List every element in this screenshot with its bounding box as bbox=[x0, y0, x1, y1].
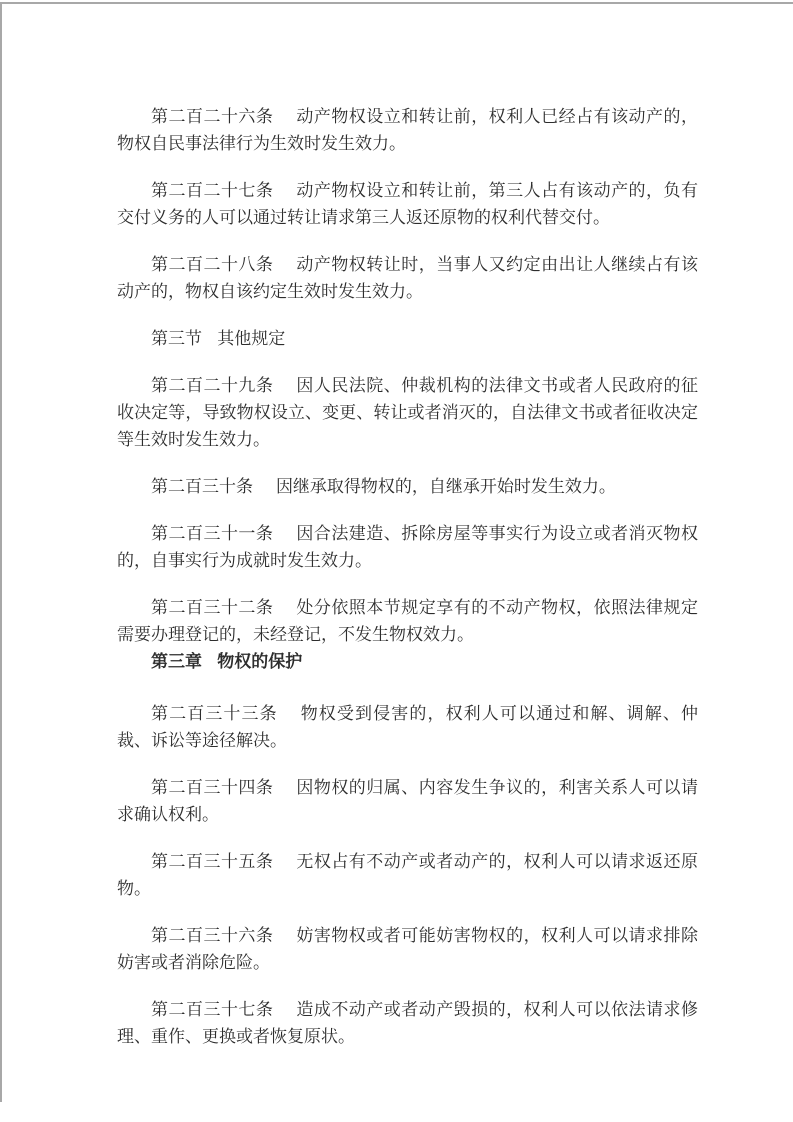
article-number: 第二百三十四条 bbox=[151, 778, 273, 797]
article-paragraph-229: 第二百二十九条因人民法院、仲裁机构的法律文书或者人民政府的征收决定等，导致物权设… bbox=[117, 372, 698, 453]
section-number: 第三节 bbox=[151, 329, 202, 348]
article-number: 第二百二十七条 bbox=[151, 181, 273, 200]
article-paragraph-234: 第二百三十四条因物权的归属、内容发生争议的，利害关系人可以请求确认权利。 bbox=[117, 774, 698, 828]
article-paragraph-228: 第二百二十八条动产物权转让时，当事人又约定由出让人继续占有该动产的，物权自该约定… bbox=[117, 251, 698, 305]
article-text: 因继承取得物权的，自继承开始时发生效力。 bbox=[276, 477, 616, 496]
page-top-edge bbox=[0, 2, 793, 4]
article-paragraph-236: 第二百三十六条妨害物权或者可能妨害物权的，权利人可以请求排除妨害或者消除危险。 bbox=[117, 922, 698, 976]
article-number: 第二百二十九条 bbox=[151, 376, 273, 395]
article-paragraph-233: 第二百三十三条物权受到侵害的，权利人可以通过和解、调解、仲裁、诉讼等途径解决。 bbox=[117, 700, 698, 754]
article-number: 第二百三十条 bbox=[151, 477, 253, 496]
section-heading: 第三节其他规定 bbox=[117, 325, 698, 352]
article-number: 第二百三十一条 bbox=[151, 524, 273, 543]
chapter-title: 物权的保护 bbox=[217, 652, 302, 671]
article-paragraph-230: 第二百三十条因继承取得物权的，自继承开始时发生效力。 bbox=[117, 473, 698, 500]
article-number: 第二百三十三条 bbox=[151, 704, 278, 723]
article-paragraph-235: 第二百三十五条无权占有不动产或者动产的，权利人可以请求返还原物。 bbox=[117, 848, 698, 902]
article-number: 第二百二十八条 bbox=[151, 255, 273, 274]
article-paragraph-227: 第二百二十七条动产物权设立和转让前，第三人占有该动产的，负有交付义务的人可以通过… bbox=[117, 177, 698, 231]
article-number: 第二百三十二条 bbox=[151, 598, 273, 617]
article-paragraph-226: 第二百二十六条动产物权设立和转让前，权利人已经占有该动产的，物权自民事法律行为生… bbox=[117, 103, 698, 157]
chapter-heading: 第三章物权的保护 bbox=[117, 648, 698, 675]
page-left-edge bbox=[0, 2, 2, 1102]
article-number: 第二百三十七条 bbox=[151, 1000, 273, 1019]
article-number: 第二百三十六条 bbox=[151, 926, 273, 945]
article-number: 第二百三十五条 bbox=[151, 852, 273, 871]
section-title: 其他规定 bbox=[217, 329, 285, 348]
article-paragraph-231: 第二百三十一条因合法建造、拆除房屋等事实行为设立或者消灭物权的，自事实行为成就时… bbox=[117, 520, 698, 574]
document-body: 第二百二十六条动产物权设立和转让前，权利人已经占有该动产的，物权自民事法律行为生… bbox=[117, 103, 698, 1070]
article-number: 第二百二十六条 bbox=[151, 107, 273, 126]
article-paragraph-232: 第二百三十二条处分依照本节规定享有的不动产物权，依照法律规定需要办理登记的，未经… bbox=[117, 594, 698, 648]
chapter-number: 第三章 bbox=[151, 652, 202, 671]
article-paragraph-237: 第二百三十七条造成不动产或者动产毁损的，权利人可以依法请求修理、重作、更换或者恢… bbox=[117, 996, 698, 1050]
document-page: 第二百二十六条动产物权设立和转让前，权利人已经占有该动产的，物权自民事法律行为生… bbox=[0, 0, 793, 1122]
